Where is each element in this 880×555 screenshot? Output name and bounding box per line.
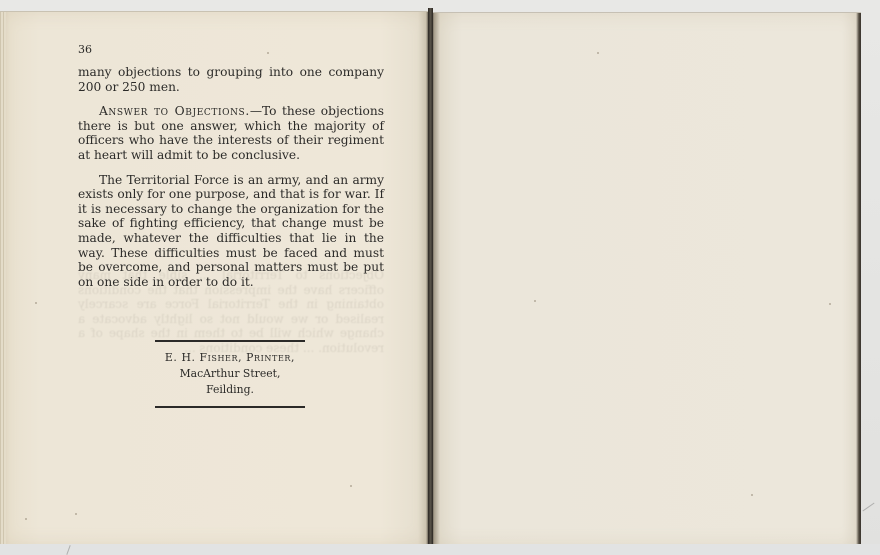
printer-imprint: E. H. Fisher, Printer, MacArthur Street,… [155, 340, 305, 408]
paper-speck [350, 485, 352, 487]
left-page-text: 36 many objections to grouping into one … [78, 44, 384, 299]
paper-speck [25, 518, 27, 520]
book-spine-gutter [428, 8, 433, 548]
paper-speck [75, 513, 77, 515]
page-edge-stack [0, 12, 6, 545]
imprint-town: Feilding. [155, 382, 305, 398]
paragraph-continuation: many objections to grouping into one com… [78, 65, 384, 94]
paragraph-answer-to-objections: Answer to Objections.—To these objection… [78, 104, 384, 162]
right-page-blank [432, 12, 861, 548]
section-heading: Answer to Objections. [99, 104, 250, 118]
paper-speck [35, 302, 37, 304]
paper-speck [829, 303, 831, 305]
paper-speck [597, 52, 599, 54]
scanner-bed-strip [0, 544, 880, 555]
imprint-rule-top [155, 340, 305, 342]
imprint-street: MacArthur Street, [155, 366, 305, 382]
paragraph-territorial-force: The Territorial Force is an army, and an… [78, 173, 384, 290]
imprint-rule-bottom [155, 406, 305, 408]
imprint-printer-name: E. H. Fisher, Printer, [155, 350, 305, 366]
paper-speck [751, 494, 753, 496]
paper-speck [534, 300, 536, 302]
paper-speck [267, 52, 269, 54]
page-number: 36 [78, 44, 384, 56]
